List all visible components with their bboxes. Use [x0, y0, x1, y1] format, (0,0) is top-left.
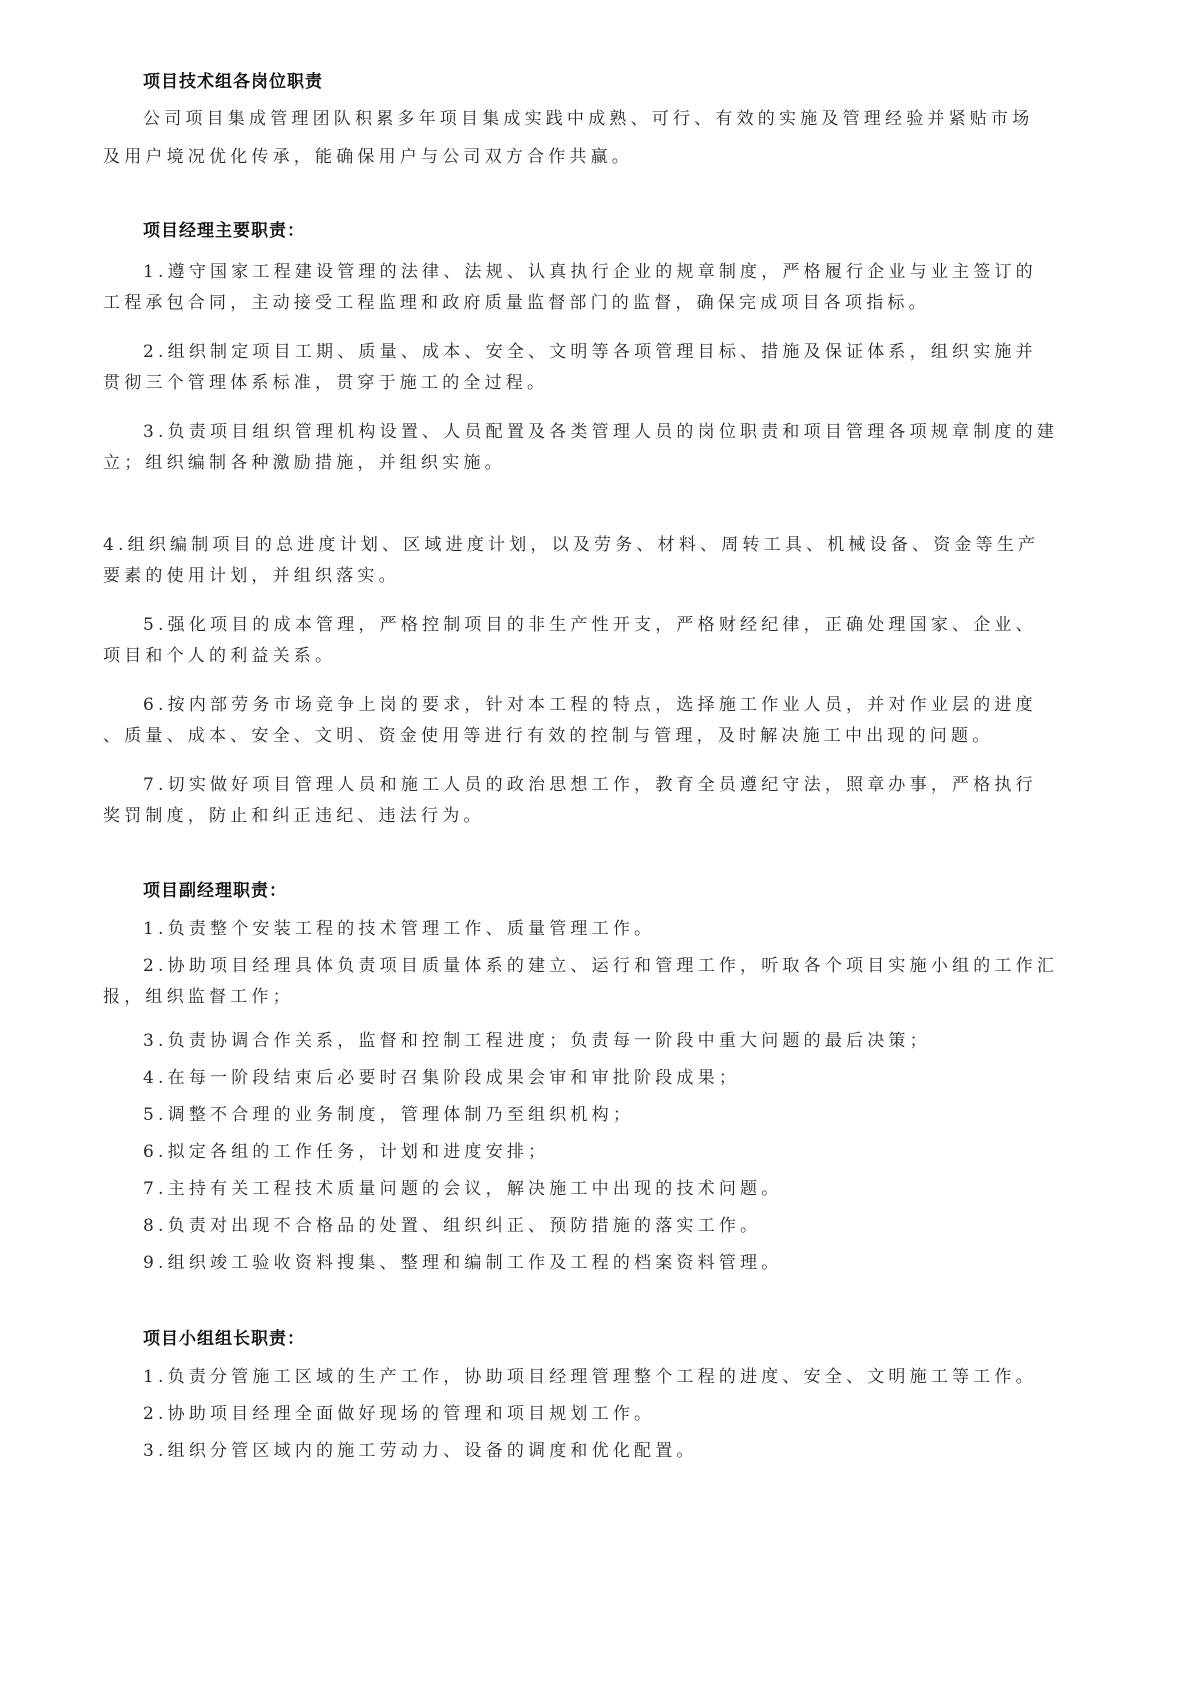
deputy-item-3: 3.负责协调合作关系，监督和控制工程进度；负责每一阶段中重大问题的最后决策；	[143, 1030, 931, 1052]
deputy-item-7: 7.主持有关工程技术质量问题的会议，解决施工中出现的技术问题。	[143, 1178, 782, 1200]
deputy-item-6: 6.拟定各组的工作任务，计划和进度安排；	[143, 1141, 549, 1163]
deputy-item-5: 5.调整不合理的业务制度，管理体制乃至组织机构；	[143, 1104, 634, 1126]
deputy-item-9: 9.组织竣工验收资料搜集、整理和编制工作及工程的档案资料管理。	[143, 1252, 782, 1274]
deputy-item-8: 8.负责对出现不合格品的处置、组织纠正、预防措施的落实工作。	[143, 1215, 761, 1237]
manager-item-2-line-1: 2.组织制定项目工期、质量、成本、安全、文明等各项管理目标、措施及保证体系，组织…	[143, 341, 1037, 363]
manager-item-3-line-2: 立；组织编制各种激励措施，并组织实施。	[103, 452, 506, 474]
manager-item-1-line-2: 工程承包合同，主动接受工程监理和政府质量监督部门的监督，确保完成项目各项指标。	[103, 292, 930, 314]
leader-item-1: 1.负责分管施工区域的生产工作，协助项目经理管理整个工程的进度、安全、文明施工等…	[143, 1366, 1037, 1388]
manager-item-5-line-2: 项目和个人的利益关系。	[103, 645, 336, 667]
document-page: 项目技术组各岗位职责 公司项目集成管理团队积累多年项目集成实践中成熟、可行、有效…	[0, 0, 1190, 1684]
deputy-item-1: 1.负责整个安装工程的技术管理工作、质量管理工作。	[143, 918, 655, 940]
section-heading-manager: 项目经理主要职责：	[143, 220, 305, 242]
intro-line-1: 公司项目集成管理团队积累多年项目集成实践中成熟、可行、有效的实施及管理经验并紧贴…	[143, 108, 1033, 130]
document-title: 项目技术组各岗位职责	[143, 71, 323, 93]
deputy-item-2-line-2: 报，组织监督工作；	[103, 986, 294, 1008]
manager-item-7-line-1: 7.切实做好项目管理人员和施工人员的政治思想工作，教育全员遵纪守法，照章办事，严…	[143, 774, 1037, 796]
manager-item-4-line-1: 4.组织编制项目的总进度计划、区域进度计划，以及劳务、材料、周转工具、机械设备、…	[103, 534, 1039, 556]
manager-item-6-line-2: 、质量、成本、安全、文明、资金使用等进行有效的控制与管理，及时解决施工中出现的问…	[103, 725, 993, 747]
manager-item-2-line-2: 贯彻三个管理体系标准，贯穿于施工的全过程。	[103, 372, 548, 394]
leader-item-2: 2.协助项目经理全面做好现场的管理和项目规划工作。	[143, 1403, 655, 1425]
manager-item-7-line-2: 奖罚制度，防止和纠正违纪、违法行为。	[103, 805, 485, 827]
manager-item-3-line-1: 3.负责项目组织管理机构设置、人员配置及各类管理人员的岗位职责和项目管理各项规章…	[143, 421, 1058, 443]
manager-item-4-line-2: 要素的使用计划，并组织落实。	[103, 565, 400, 587]
deputy-item-4: 4.在每一阶段结束后必要时召集阶段成果会审和审批阶段成果；	[143, 1067, 740, 1089]
manager-item-1-line-1: 1.遵守国家工程建设管理的法律、法规、认真执行企业的规章制度，严格履行企业与业主…	[143, 261, 1037, 283]
section-heading-leader: 项目小组组长职责：	[143, 1328, 305, 1350]
deputy-item-2-line-1: 2.协助项目经理具体负责项目质量体系的建立、运行和管理工作，听取各个项目实施小组…	[143, 955, 1058, 977]
intro-line-2: 及用户境况优化传承，能确保用户与公司双方合作共赢。	[103, 146, 633, 168]
manager-item-6-line-1: 6.按内部劳务市场竞争上岗的要求，针对本工程的特点，选择施工作业人员，并对作业层…	[143, 694, 1037, 716]
manager-item-5-line-1: 5.强化项目的成本管理，严格控制项目的非生产性开支，严格财经纪律，正确处理国家、…	[143, 614, 1037, 636]
section-heading-deputy: 项目副经理职责：	[143, 880, 287, 902]
leader-item-3: 3.组织分管区域内的施工劳动力、设备的调度和优化配置。	[143, 1440, 698, 1462]
